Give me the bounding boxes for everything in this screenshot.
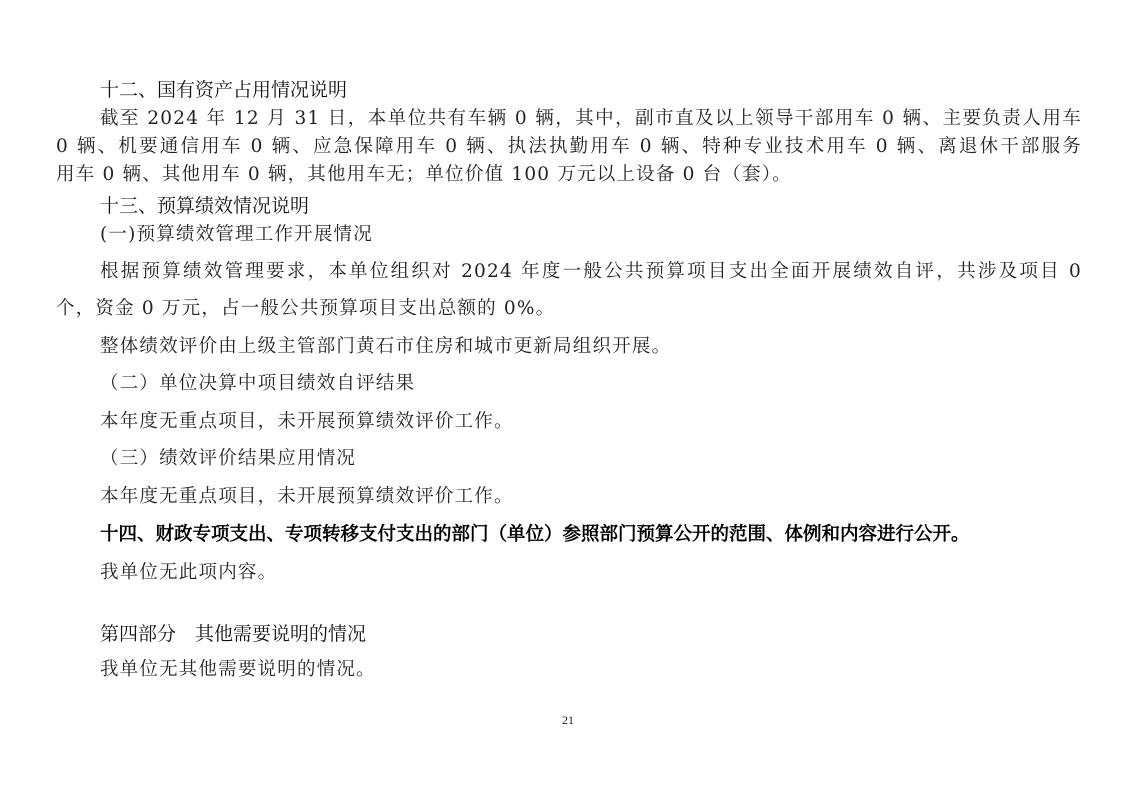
subsection-heading-self-evaluation: （二）单位决算中项目绩效自评结果 (100, 371, 415, 397)
part-heading-other-matters: 第四部分 其他需要说明的情况 (100, 621, 366, 647)
paragraph-line: 我单位无其他需要说明的情况。 (100, 657, 376, 683)
paragraph-line: 本年度无重点项目，未开展预算绩效评价工作。 (100, 409, 514, 435)
paragraph-line: 个，资金 0 万元，占一般公共预算项目支出总额的 0%。 (56, 296, 555, 322)
paragraph-line: 整体绩效评价由上级主管部门黄石市住房和城市更新局组织开展。 (100, 334, 671, 360)
paragraph-line: 根据预算绩效管理要求，本单位组织对 2024 年度一般公共预算项目支出全面开展绩… (100, 259, 1082, 285)
document-page: 十二、国有资产占用情况说明 截至 2024 年 12 月 31 日，本单位共有车… (0, 0, 1122, 793)
section-heading-special-expenditure: 十四、财政专项支出、专项转移支付支出的部门（单位）参照部门预算公开的范围、体例和… (100, 522, 970, 548)
paragraph-line: 用车 0 辆、其他用车 0 辆，其他用车无；单位价值 100 万元以上设备 0 … (56, 162, 792, 188)
paragraph-line: 我单位无此项内容。 (100, 560, 277, 586)
paragraph-line: 本年度无重点项目，未开展预算绩效评价工作。 (100, 484, 514, 510)
subsection-heading-management: (一)预算绩效管理工作开展情况 (100, 222, 373, 248)
section-heading-budget-performance: 十三、预算绩效情况说明 (100, 193, 309, 219)
section-heading-state-assets: 十二、国有资产占用情况说明 (100, 77, 347, 103)
subsection-heading-result-application: （三）绩效评价结果应用情况 (100, 446, 356, 472)
paragraph-line: 0 辆、机要通信用车 0 辆、应急保障用车 0 辆、执法执勤用车 0 辆、特种专… (56, 134, 1082, 160)
page-number: 21 (562, 713, 574, 728)
paragraph-line: 截至 2024 年 12 月 31 日，本单位共有车辆 0 辆，其中，副市直及以… (100, 106, 1082, 132)
